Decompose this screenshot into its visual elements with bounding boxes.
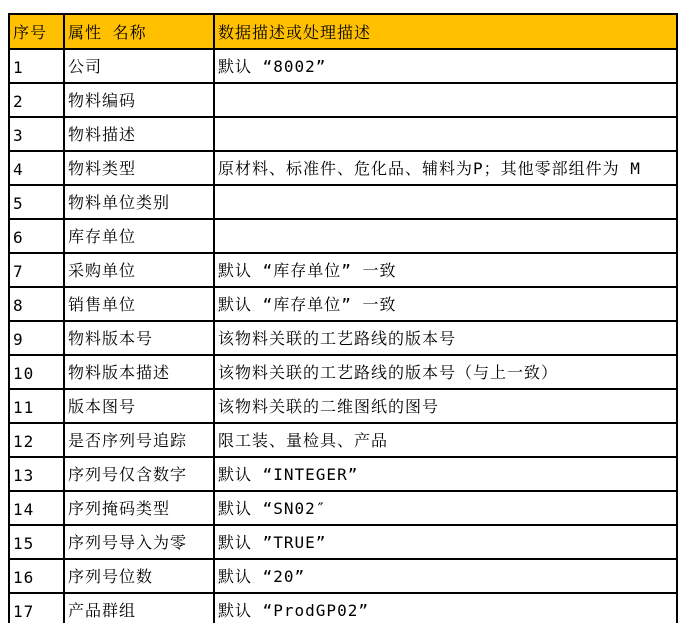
cell-no[interactable]: 10 bbox=[9, 355, 64, 389]
table-row: 16序列号位数默认 “20” bbox=[9, 559, 677, 593]
cell-name[interactable]: 库存单位 bbox=[64, 219, 214, 253]
cell-desc[interactable]: 限工装、量检具、产品 bbox=[214, 423, 677, 457]
table-row: 3物料描述 bbox=[9, 117, 677, 151]
cell-desc[interactable]: 原材料、标准件、危化品、辅料为P；其他零部组件为 M bbox=[214, 151, 677, 185]
cell-desc[interactable]: 默认 “ProdGP02” bbox=[214, 593, 677, 623]
cell-desc[interactable] bbox=[214, 83, 677, 117]
cell-name[interactable]: 物料版本描述 bbox=[64, 355, 214, 389]
header-cell-name[interactable]: 属性 名称 bbox=[64, 14, 214, 49]
cell-no[interactable]: 1 bbox=[9, 49, 64, 83]
table-row: 7采购单位默认 “库存单位” 一致 bbox=[9, 253, 677, 287]
table-row: 14序列掩码类型默认 “SN02″ bbox=[9, 491, 677, 525]
cell-no[interactable]: 9 bbox=[9, 321, 64, 355]
cell-desc[interactable] bbox=[214, 219, 677, 253]
cell-no[interactable]: 13 bbox=[9, 457, 64, 491]
cell-name[interactable]: 序列号位数 bbox=[64, 559, 214, 593]
cell-no[interactable]: 4 bbox=[9, 151, 64, 185]
cell-name[interactable]: 产品群组 bbox=[64, 593, 214, 623]
cell-name[interactable]: 序列号仅含数字 bbox=[64, 457, 214, 491]
cell-desc[interactable]: 默认 “INTEGER” bbox=[214, 457, 677, 491]
cell-desc[interactable]: 默认 “库存单位” 一致 bbox=[214, 287, 677, 321]
cell-desc[interactable]: 默认 “20” bbox=[214, 559, 677, 593]
cell-name[interactable]: 物料编码 bbox=[64, 83, 214, 117]
cell-name[interactable]: 物料单位类别 bbox=[64, 185, 214, 219]
table-row: 2物料编码 bbox=[9, 83, 677, 117]
cell-desc[interactable]: 默认 “SN02″ bbox=[214, 491, 677, 525]
cell-no[interactable]: 14 bbox=[9, 491, 64, 525]
cell-no[interactable]: 2 bbox=[9, 83, 64, 117]
cell-no[interactable]: 15 bbox=[9, 525, 64, 559]
cell-name[interactable]: 序列号导入为零 bbox=[64, 525, 214, 559]
cell-desc[interactable]: 默认 “8002” bbox=[214, 49, 677, 83]
table-row: 4物料类型原材料、标准件、危化品、辅料为P；其他零部组件为 M bbox=[9, 151, 677, 185]
cell-name[interactable]: 是否序列号追踪 bbox=[64, 423, 214, 457]
cell-no[interactable]: 5 bbox=[9, 185, 64, 219]
cell-no[interactable]: 3 bbox=[9, 117, 64, 151]
cell-desc[interactable]: 默认 “库存单位” 一致 bbox=[214, 253, 677, 287]
cell-name[interactable]: 销售单位 bbox=[64, 287, 214, 321]
table-row: 6库存单位 bbox=[9, 219, 677, 253]
table-row: 8销售单位默认 “库存单位” 一致 bbox=[9, 287, 677, 321]
cell-desc[interactable] bbox=[214, 117, 677, 151]
cell-desc[interactable] bbox=[214, 185, 677, 219]
cell-no[interactable]: 8 bbox=[9, 287, 64, 321]
spreadsheet-region: 序号 属性 名称 数据描述或处理描述 1公司默认 “8002”2物料编码3物料描… bbox=[8, 13, 676, 623]
cell-name[interactable]: 采购单位 bbox=[64, 253, 214, 287]
header-cell-no[interactable]: 序号 bbox=[9, 14, 64, 49]
cell-name[interactable]: 物料类型 bbox=[64, 151, 214, 185]
cell-name[interactable]: 序列掩码类型 bbox=[64, 491, 214, 525]
attributes-table: 序号 属性 名称 数据描述或处理描述 1公司默认 “8002”2物料编码3物料描… bbox=[8, 13, 678, 623]
table-row: 10物料版本描述该物料关联的工艺路线的版本号（与上一致） bbox=[9, 355, 677, 389]
table-row: 12是否序列号追踪限工装、量检具、产品 bbox=[9, 423, 677, 457]
header-row: 序号 属性 名称 数据描述或处理描述 bbox=[9, 14, 677, 49]
cell-name[interactable]: 物料版本号 bbox=[64, 321, 214, 355]
table-row: 5物料单位类别 bbox=[9, 185, 677, 219]
cell-no[interactable]: 12 bbox=[9, 423, 64, 457]
table-body: 1公司默认 “8002”2物料编码3物料描述4物料类型原材料、标准件、危化品、辅… bbox=[9, 49, 677, 623]
table-header: 序号 属性 名称 数据描述或处理描述 bbox=[9, 14, 677, 49]
table-row: 11版本图号该物料关联的二维图纸的图号 bbox=[9, 389, 677, 423]
cell-desc[interactable]: 该物料关联的二维图纸的图号 bbox=[214, 389, 677, 423]
cell-name[interactable]: 物料描述 bbox=[64, 117, 214, 151]
cell-no[interactable]: 11 bbox=[9, 389, 64, 423]
header-cell-desc[interactable]: 数据描述或处理描述 bbox=[214, 14, 677, 49]
cell-desc[interactable]: 该物料关联的工艺路线的版本号 bbox=[214, 321, 677, 355]
cell-name[interactable]: 公司 bbox=[64, 49, 214, 83]
cell-name[interactable]: 版本图号 bbox=[64, 389, 214, 423]
cell-no[interactable]: 17 bbox=[9, 593, 64, 623]
table-row: 1公司默认 “8002” bbox=[9, 49, 677, 83]
cell-desc[interactable]: 该物料关联的工艺路线的版本号（与上一致） bbox=[214, 355, 677, 389]
cell-no[interactable]: 16 bbox=[9, 559, 64, 593]
table-row: 15序列号导入为零默认 ”TRUE” bbox=[9, 525, 677, 559]
table-row: 17产品群组默认 “ProdGP02” bbox=[9, 593, 677, 623]
cell-desc[interactable]: 默认 ”TRUE” bbox=[214, 525, 677, 559]
cell-no[interactable]: 7 bbox=[9, 253, 64, 287]
cell-no[interactable]: 6 bbox=[9, 219, 64, 253]
table-row: 9物料版本号该物料关联的工艺路线的版本号 bbox=[9, 321, 677, 355]
table-row: 13序列号仅含数字默认 “INTEGER” bbox=[9, 457, 677, 491]
